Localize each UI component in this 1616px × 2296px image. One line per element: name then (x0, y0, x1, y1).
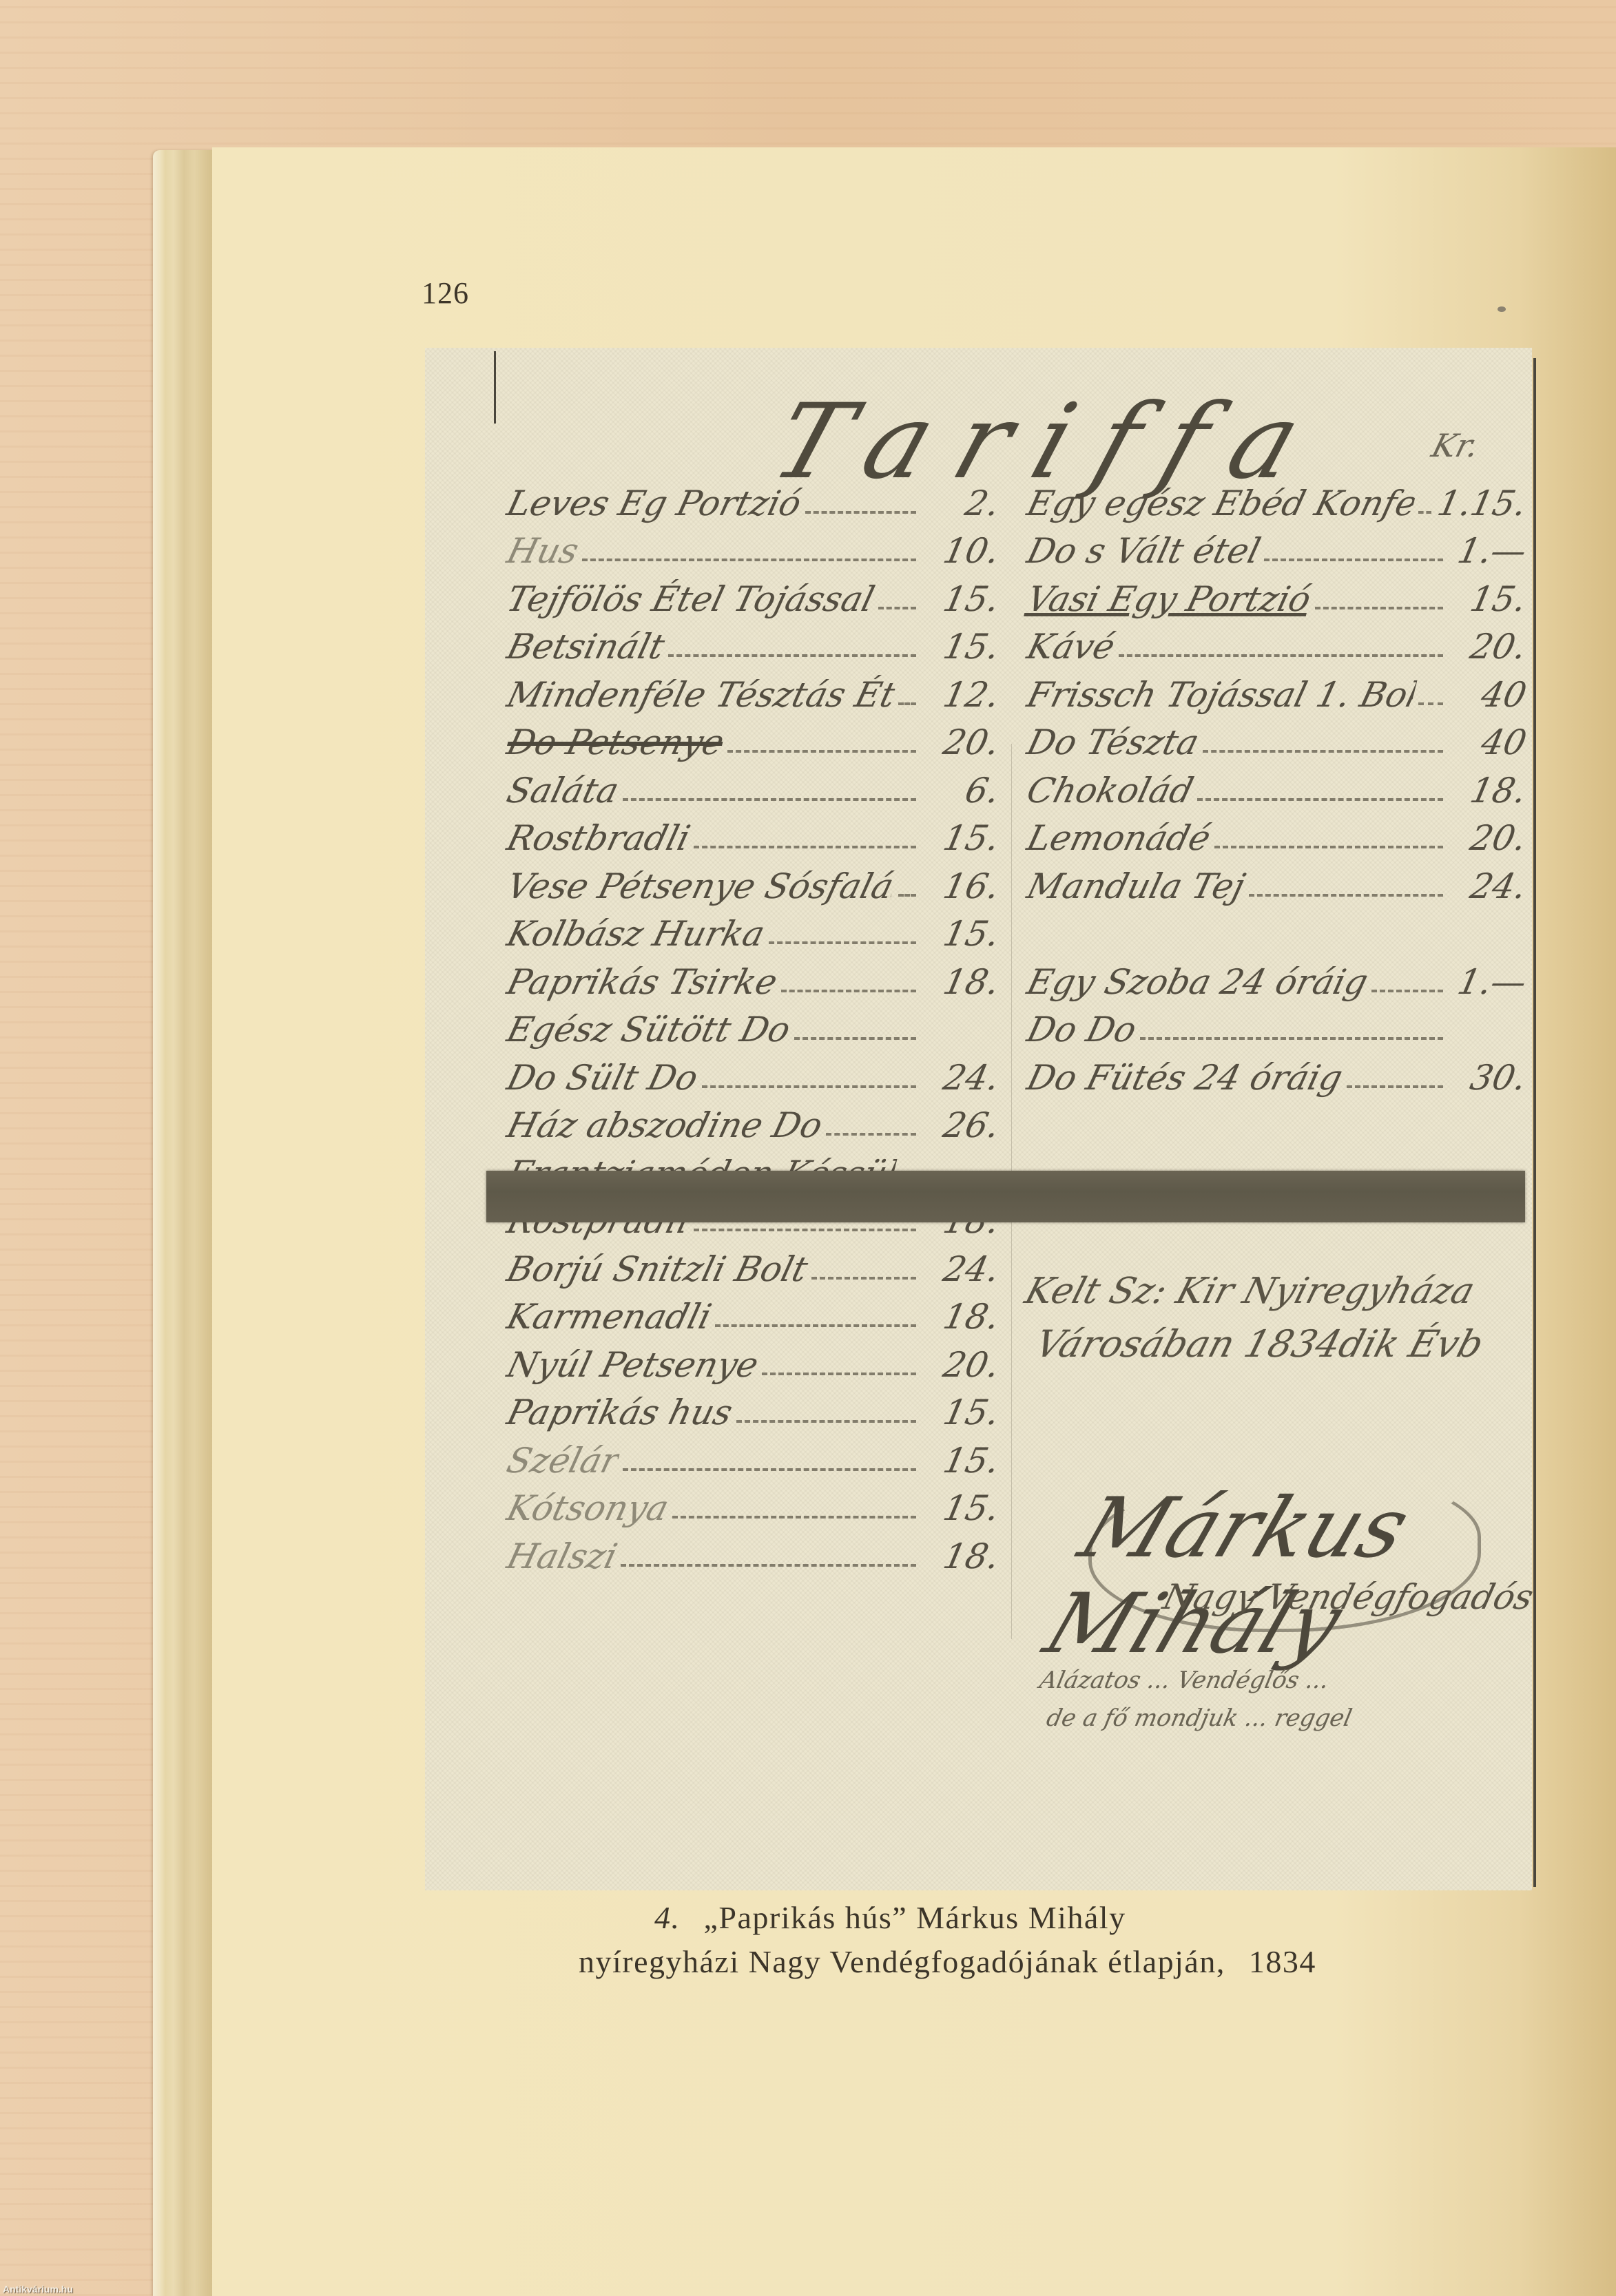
menu-item-dish: Mindenféle Tésztás Étel (503, 675, 898, 715)
menu-item-dish: Egész Sütött Do (503, 1010, 794, 1050)
menu-item-dish: Nyúl Petsenye (503, 1345, 763, 1385)
dotted-leader (1371, 990, 1443, 992)
handwritten-note-1: Alázatos ... Vendéglős ... (1037, 1667, 1332, 1694)
menu-item: Leves Eg Portzió2. (503, 475, 999, 523)
menu-item: Do Sült Do24. (503, 1050, 999, 1098)
menu-item: Tejfölös Étel Tojással15. (503, 571, 999, 619)
menu-item: Egy egész Ebéd Konfectél1.15. (1023, 475, 1526, 523)
menu-item: Vasi Egy Portzió15. (1023, 571, 1526, 619)
menu-item-dish: Borjú Snitzli Bolt (503, 1249, 812, 1289)
menu-item-dish: Vese Pétsenye Sósfalás (503, 866, 898, 906)
caption-subtitle: nyíregyházi Nagy Vendégfogadójának étlap… (579, 1944, 1225, 1979)
dateline-2: Városában 1834dik Évb (1030, 1322, 1489, 1366)
menu-item-price: 15. (919, 1441, 1003, 1481)
page-number: 126 (422, 275, 469, 311)
menu-item: Egész Sütött Do (503, 1002, 999, 1050)
dotted-leader (1347, 1085, 1443, 1088)
menu-item-price: 18. (919, 1536, 1003, 1576)
menu-item: Do Petsenye20. (503, 715, 999, 763)
menu-item-price: 1.15. (1434, 483, 1531, 523)
menu-item: Saláta6. (503, 762, 999, 811)
watermark: Antikvárium.hu (3, 2284, 73, 2295)
menu-item: Lemonádé20. (1023, 811, 1526, 859)
book-page-edges (153, 150, 215, 2296)
dotted-leader (668, 654, 916, 657)
menu-item-dish: Saláta (503, 771, 623, 811)
menu-item-price: 24. (1446, 866, 1530, 906)
menu-item (1023, 906, 1526, 954)
menu-item: Mandula Tej24. (1023, 858, 1526, 906)
menu-item: Borjú Snitzli Bolt24. (503, 1241, 999, 1289)
menu-item: Frissch Tojással 1. Bokály40 (1023, 667, 1526, 715)
menu-item: Do s Vált étel1.— (1023, 523, 1526, 572)
dotted-leader (811, 1277, 916, 1280)
menu-item-price: 15. (919, 914, 1003, 954)
dotted-leader (694, 846, 916, 848)
menu-item-dish: Betsinált (503, 627, 669, 667)
menu-item-price: 15. (919, 818, 1003, 858)
menu-item-price: 6. (919, 771, 1003, 811)
menu-item: Vese Pétsenye Sósfalás16. (503, 858, 999, 906)
dotted-leader (1140, 1037, 1443, 1040)
menu-item-dish: Do Tészta (1023, 722, 1203, 762)
figure-caption-line-1: 4.„Paprikás hús” Márkus Mihály (537, 1899, 1433, 1936)
menu-item-dish: Halszi (503, 1536, 621, 1576)
menu-item: Szélár15. (503, 1432, 999, 1481)
menu-item-dish: Kolbász Hurka (503, 914, 769, 954)
dotted-leader (1203, 750, 1443, 753)
menu-item-dish: Ház abszodine Do (503, 1105, 827, 1145)
menu-left-column: Leves Eg Portzió2.Hus10.Tejfölös Étel To… (503, 475, 999, 1576)
menu-item-dish: Do Petsenye (503, 722, 728, 762)
dotted-leader (1119, 654, 1443, 657)
figure-number: 4. (654, 1900, 681, 1935)
dotted-leader (1264, 559, 1443, 561)
caption-year: 1834 (1249, 1944, 1316, 1979)
menu-item-dish: Karmenadli (503, 1297, 716, 1337)
menu-item-price: 15. (1446, 579, 1530, 619)
dotted-leader (621, 1564, 916, 1567)
dotted-leader (702, 1085, 916, 1088)
dotted-leader (623, 798, 916, 801)
menu-item-price: 20. (1446, 627, 1530, 667)
caption-title: „Paprikás hús” Márkus Mihály (704, 1900, 1126, 1935)
menu-item-price: 15. (919, 627, 1003, 667)
menu-item-dish: Do Do (1023, 1010, 1141, 1050)
dotted-leader (826, 1133, 916, 1136)
dotted-leader (898, 702, 916, 705)
menu-item: Mindenféle Tésztás Étel12. (503, 667, 999, 715)
dotted-leader (1418, 511, 1431, 514)
menu-item-price: 18. (919, 962, 1003, 1002)
dotted-leader (805, 511, 916, 514)
dotted-leader (623, 1468, 916, 1471)
menu-item-dish: Hus (503, 531, 583, 571)
menu-item-dish: Do Fütés 24 óráig (1023, 1058, 1347, 1098)
menu-item-price: 18. (919, 1297, 1003, 1337)
menu-item: Do Tészta40 (1023, 715, 1526, 763)
menu-item-price: 18. (1446, 771, 1530, 811)
menu-item-dish: Kótsonya (503, 1488, 673, 1528)
menu-item-dish: Chokolád (1023, 771, 1197, 811)
menu-item: Do Fütés 24 óráig30. (1023, 1050, 1526, 1098)
dotted-leader (715, 1324, 916, 1327)
dateline-1: Kelt Sz: Kir Nyiregyháza (1020, 1271, 1479, 1312)
menu-item-dish: Kávé (1023, 627, 1119, 667)
menu-item: Paprikás Tsirke18. (503, 954, 999, 1002)
menu-item-price: 15. (919, 1392, 1003, 1432)
menu-item: Karmenadli18. (503, 1289, 999, 1337)
menu-item-price: 15. (919, 579, 1003, 619)
dotted-leader (694, 1229, 916, 1231)
dotted-leader (878, 607, 916, 609)
dotted-leader (794, 1037, 916, 1040)
handwritten-note-2: de a fő mondjuk ... reggel (1044, 1704, 1354, 1732)
menu-item-price: 20. (919, 1345, 1003, 1385)
menu-item-dish: Do Sült Do (503, 1058, 702, 1098)
dotted-leader (1249, 894, 1443, 897)
menu-item-price: 12. (919, 675, 1003, 715)
dotted-leader (781, 990, 916, 992)
plate-border-left (494, 351, 496, 424)
menu-item-price: 1.— (1446, 962, 1530, 1002)
menu-item-price: 15. (919, 1488, 1003, 1528)
menu-item: Kolbász Hurka15. (503, 906, 999, 954)
menu-item: Paprikás hus15. (503, 1385, 999, 1433)
menu-item-dish: Paprikás Tsirke (503, 962, 781, 1002)
menu-item-dish: Lemonádé (1023, 818, 1214, 858)
menu-item: Chokolád18. (1023, 762, 1526, 811)
signature-title: Nagy Vendégfogadós (1159, 1577, 1537, 1617)
menu-item-dish: Tejfölös Étel Tojással (503, 579, 878, 619)
menu-item-dish: Egy Szoba 24 óráig (1023, 962, 1372, 1002)
dotted-leader (582, 559, 916, 561)
dotted-leader (1315, 607, 1443, 609)
menu-item-price: 40 (1446, 675, 1530, 715)
menu-item: Kávé20. (1023, 619, 1526, 667)
menu-item: Rostbradli15. (503, 811, 999, 859)
menu-item-price: 40 (1446, 722, 1530, 762)
menu-item: Hus10. (503, 523, 999, 572)
menu-item-price: 20. (1446, 818, 1530, 858)
menu-item-dish: Leves Eg Portzió (503, 483, 805, 523)
ink-speck (1498, 306, 1506, 312)
menu-item-price: 30. (1446, 1058, 1530, 1098)
menu-item-dish: Mandula Tej (1023, 866, 1249, 906)
menu-item: Egy Szoba 24 óráig1.— (1023, 954, 1526, 1002)
menu-item: Halszi18. (503, 1528, 999, 1576)
figure-caption-line-2: nyíregyházi Nagy Vendégfogadójának étlap… (579, 1943, 1474, 1980)
menu-right-column: Egy egész Ebéd Konfectél1.15.Do s Vált é… (1023, 475, 1526, 1098)
menu-item-dish: Vasi Egy Portzió (1023, 579, 1315, 619)
menu-item: Betsinált15. (503, 619, 999, 667)
dotted-leader (672, 1516, 916, 1519)
menu-item: Ház abszodine Do26. (503, 1098, 999, 1146)
menu-item-price: 24. (919, 1249, 1003, 1289)
menu-item-dish: Paprikás hus (503, 1392, 736, 1432)
menu-item-price: 20. (919, 722, 1003, 762)
menu-item-dish: Rostbradli (503, 818, 694, 858)
menu-item-price: 2. (919, 483, 1003, 523)
menu-item-dish: Frissch Tojással 1. Bokály (1023, 675, 1418, 715)
menu-item-price: 24. (919, 1058, 1003, 1098)
dotted-leader (898, 894, 916, 897)
menu-item-dish: Do s Vált étel (1023, 531, 1265, 571)
menu-item: Nyúl Petsenye20. (503, 1337, 999, 1385)
menu-item-price: 1.— (1446, 531, 1530, 571)
dotted-leader (1418, 702, 1443, 705)
dotted-leader (1197, 798, 1443, 801)
menu-item-price: 16. (919, 866, 1003, 906)
menu-item: Do Do (1023, 1002, 1526, 1050)
redaction-bar (486, 1171, 1525, 1222)
signature: Márkus Mihály (1033, 1481, 1616, 1672)
menu-item-dish: Szélár (503, 1441, 623, 1481)
dotted-leader (1214, 846, 1443, 848)
menu-item-price: 10. (919, 531, 1003, 571)
dotted-leader (736, 1420, 916, 1423)
menu-item: Kótsonya15. (503, 1481, 999, 1529)
menu-item-price: 26. (919, 1105, 1003, 1145)
dotted-leader (762, 1373, 916, 1375)
menu-item-dish: Egy egész Ebéd Konfectél (1023, 483, 1418, 523)
dotted-leader (727, 750, 916, 753)
dotted-leader (769, 941, 916, 944)
